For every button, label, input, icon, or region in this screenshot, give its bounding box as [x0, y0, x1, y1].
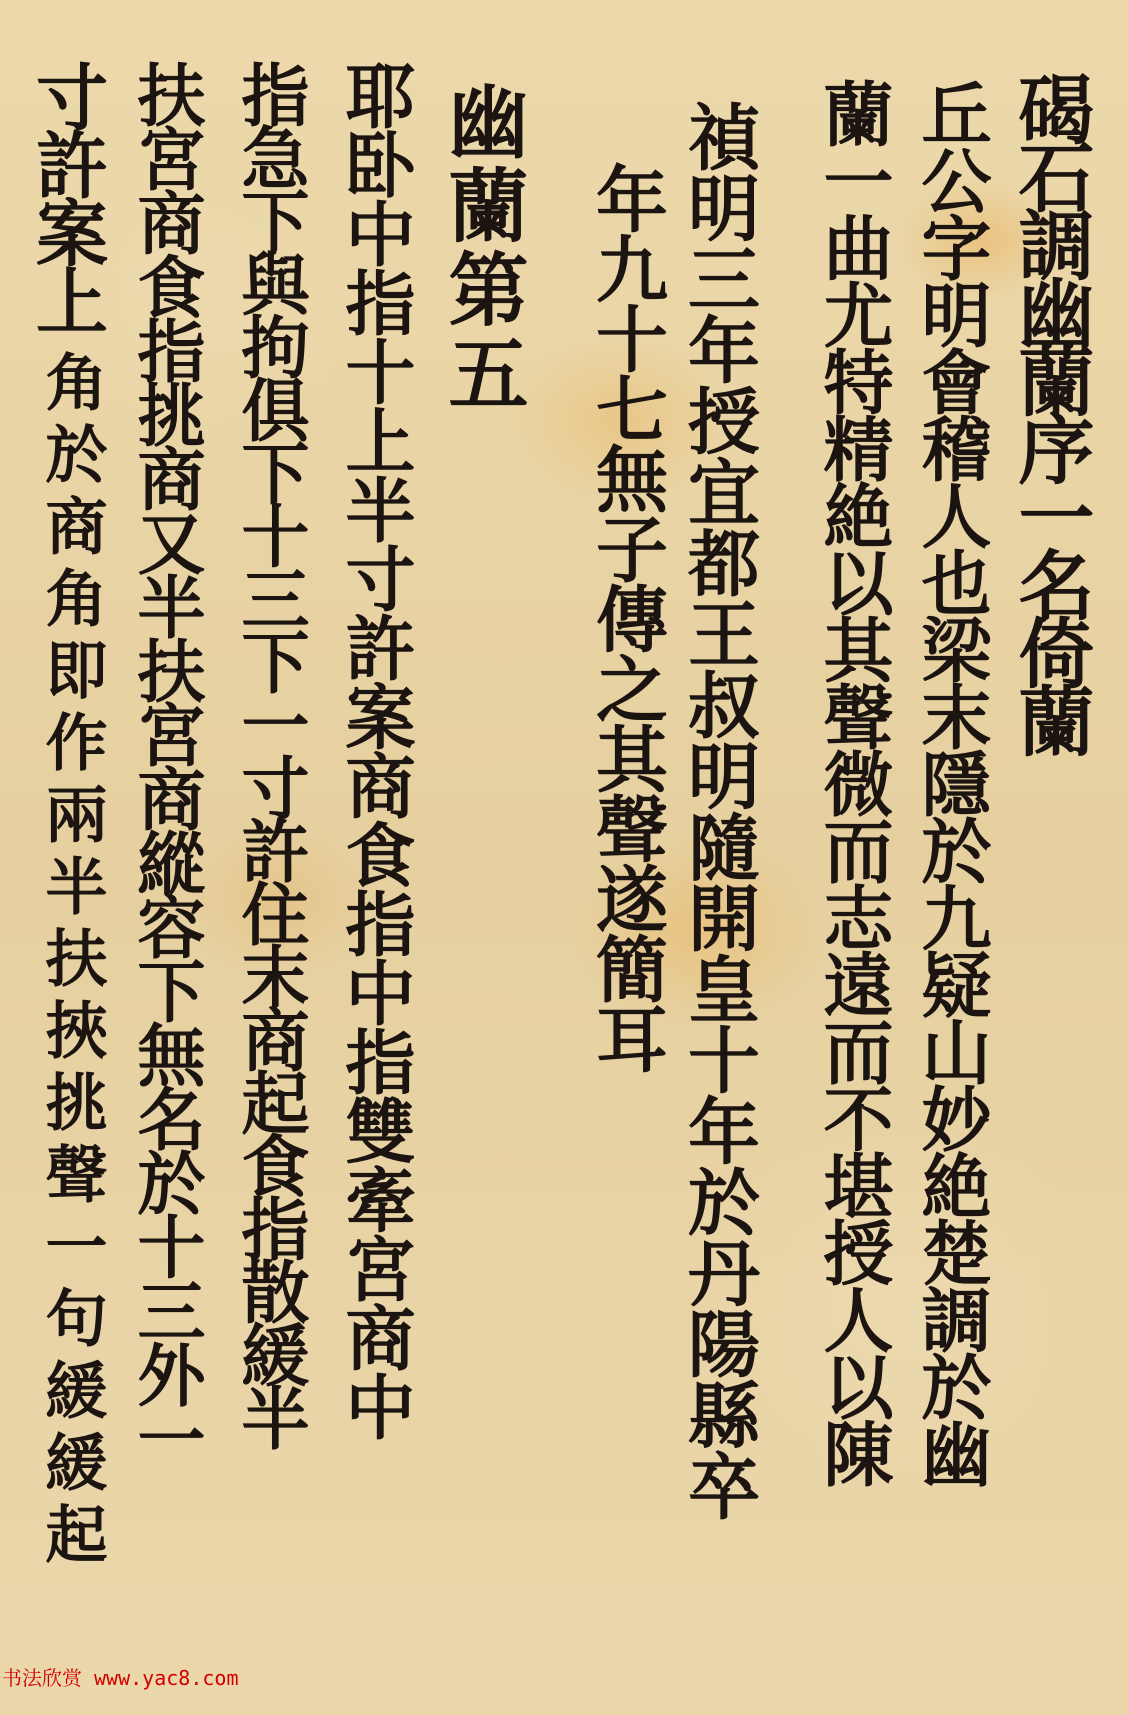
watermark-site-name: 书法欣赏 — [2, 1666, 82, 1690]
text-column-5: 年九十七無子傳之其聲遂簡耳 — [590, 162, 662, 1072]
text-column-2: 丘公字明會稽人也梁末隱於九疑山妙絶楚調於幽 — [916, 78, 986, 1485]
text-column-8: 指急下與拘俱下十三下一寸許住末商起食指散緩半 — [236, 60, 304, 1446]
text-column-7: 耶卧中指十上半寸許案商食指中指雙牽宮商中 — [340, 60, 410, 1440]
text-column-11: 角於商角即作兩半扶挾挑聲一句緩緩起 — [40, 350, 102, 1574]
watermark-url[interactable]: www.yac8.com — [94, 1666, 239, 1690]
section-heading: 幽蘭第五 — [442, 80, 522, 416]
text-column-3: 蘭一曲尤特精絶以其聲微而志遠而不堪授人以陳 — [818, 78, 888, 1485]
text-column-1: 碣石調幽蘭序一名倚蘭 — [1012, 70, 1088, 750]
text-column-10: 寸許案上 — [30, 60, 102, 332]
site-watermark: 书法欣赏www.yac8.com — [2, 1662, 239, 1691]
text-column-4: 禎明三年授宜都王叔明隨開皇十年於丹陽縣卒 — [682, 100, 754, 1520]
text-column-9: 扶宮商食指挑商又半扶宮商縱容下無名於十三外一 — [132, 60, 200, 1468]
